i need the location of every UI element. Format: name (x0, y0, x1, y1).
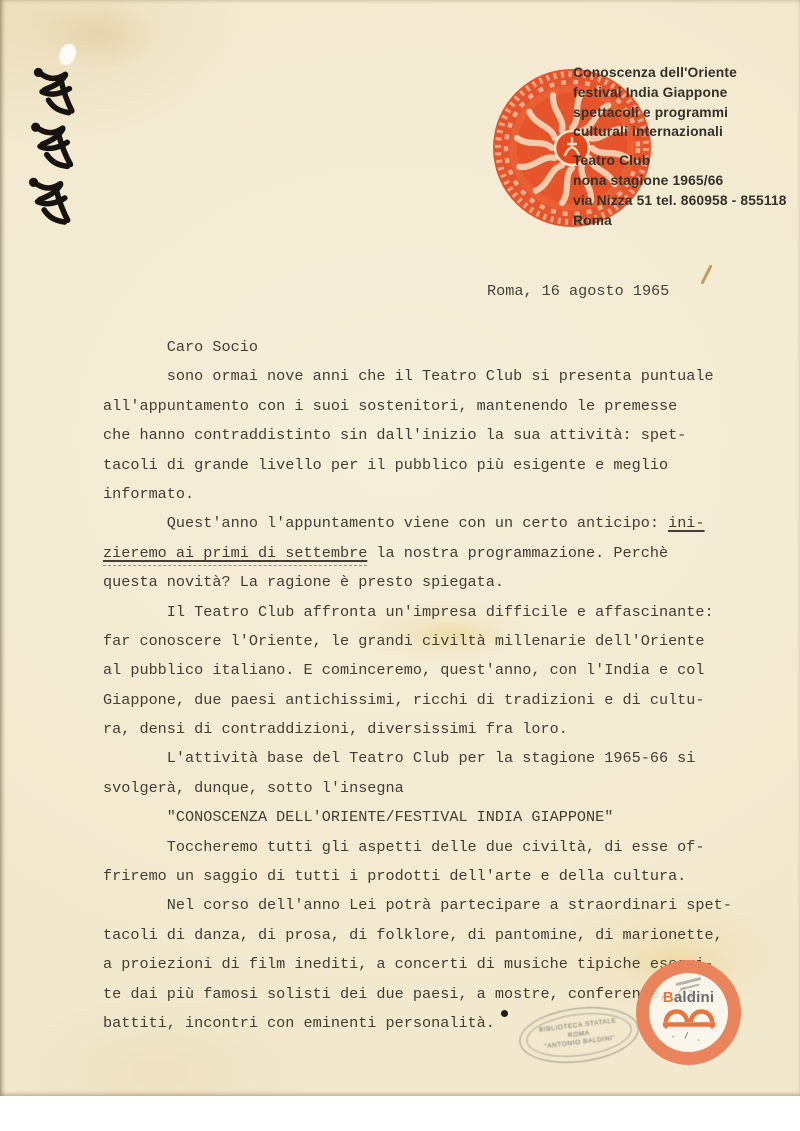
letter-line: Nel corso dell'anno Lei potrà partecipar… (103, 891, 732, 920)
letter-line: svolgerà, dunque, sotto l'insegna (103, 774, 732, 803)
text-line: Roma (573, 211, 787, 231)
ink-dot (501, 1010, 508, 1017)
letter-line: che hanno contraddistinto sin dall'inizi… (103, 421, 732, 450)
letterhead: Conoscenza dell'Orientefestival India Gi… (573, 63, 787, 230)
text-line: culturali internazionali (573, 122, 787, 142)
baldini-watermark-inner: Baldini . / . (649, 973, 728, 1052)
text-line: Teatro Club (573, 151, 787, 171)
letter-line: questa novità? La ragione è presto spieg… (103, 568, 732, 597)
letter-date: Roma, 16 agosto 1965 (487, 282, 669, 300)
letter-line: tacoli di grande livello per il pubblico… (103, 451, 732, 480)
letter-line: friremo un saggio di tutti i prodotti de… (103, 862, 732, 891)
letterhead-block-2: Teatro Clubnona stagione 1965/66via Nizz… (573, 151, 787, 230)
text-line: nona stagione 1965/66 (573, 171, 787, 191)
text-line: spettacoli e programmi (573, 103, 787, 123)
text-line: festival India Giappone (573, 83, 787, 103)
letter-line: Toccheremo tutti gli aspetti delle due c… (103, 833, 732, 862)
scanned-letter-page: { "letterhead": { "stamp_color": "#e4481… (0, 0, 800, 1131)
letter-line: Caro Socio (103, 333, 732, 362)
baldini-watermark: Baldini . / . (636, 960, 741, 1065)
letter-line: far conoscere l'Oriente, le grandi civil… (103, 627, 732, 656)
letter-line: "CONOSCENZA DELL'ORIENTE/FESTIVAL INDIA … (103, 803, 732, 832)
watermark-name: Baldini (663, 990, 714, 1005)
watermark-rest: aldini (674, 989, 714, 1006)
letter-line: Quest'anno l'appuntamento viene con un c… (103, 509, 732, 538)
letter-line: a proiezioni di film inediti, a concerti… (103, 950, 732, 979)
letter-line: L'attività base del Teatro Club per la s… (103, 744, 732, 773)
letter-line: al pubblico italiano. E cominceremo, que… (103, 656, 732, 685)
text-line: via Nizza 51 tel. 860958 - 855118 (573, 191, 787, 211)
watermark-marks: . / . (672, 1030, 705, 1043)
letter-line: sono ormai nove anni che il Teatro Club … (103, 362, 732, 391)
letter-line: tacoli di danza, di prosa, di folklore, … (103, 921, 732, 950)
letter-line: Il Teatro Club affronta un'impresa diffi… (103, 598, 732, 627)
letter-body: Caro Socio sono ormai nove anni che il T… (103, 333, 732, 1038)
open-book-icon (662, 1005, 716, 1031)
letter-line: ra, densi di contraddizioni, diversissim… (103, 715, 732, 744)
letter-line: zieremo ai primi di settembre la nostra … (103, 539, 732, 568)
text-line: Conoscenza dell'Oriente (573, 63, 787, 83)
calligraphy-marks (18, 56, 100, 234)
watermark-initial: B (663, 989, 674, 1006)
letter-line: informato. (103, 480, 732, 509)
letter-line: all'appuntamento con i suoi sostenitori,… (103, 392, 732, 421)
letter-line: Giappone, due paesi antichissimi, ricchi… (103, 686, 732, 715)
letterhead-block-1: Conoscenza dell'Orientefestival India Gi… (573, 63, 787, 142)
